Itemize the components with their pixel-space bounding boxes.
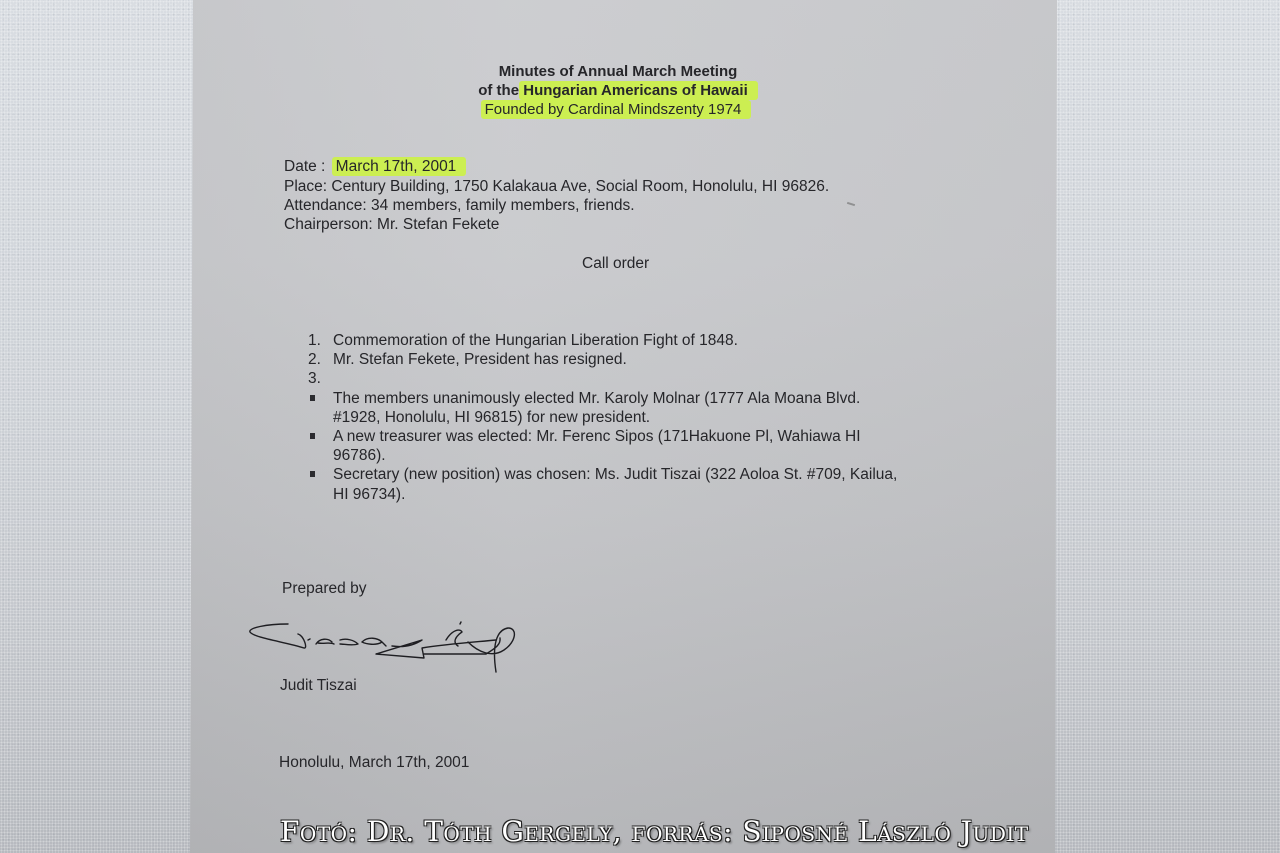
agenda-item: 1. Commemoration of the Hungarian Libera…: [308, 331, 897, 350]
document-title-line-2: of the Hungarian Americans of Hawaii: [0, 82, 1236, 99]
date-label: Date :: [284, 158, 325, 175]
bullet-item: A new treasurer was elected: Mr. Ferenc …: [308, 427, 897, 465]
item-number: 1.: [308, 331, 333, 350]
place-line: Place: Century Building, 1750 Kalakaua A…: [284, 178, 829, 196]
square-bullet-icon: [308, 427, 333, 465]
document-title: Minutes of Annual March Meeting: [0, 63, 1236, 80]
agenda-item: 3.: [308, 369, 897, 388]
square-bullet-icon: [308, 389, 333, 427]
chairperson-line: Chairperson: Mr. Stefan Fekete: [284, 216, 499, 234]
square-bullet-icon: [308, 465, 333, 503]
item-text: Commemoration of the Hungarian Liberatio…: [333, 331, 738, 350]
item-number: 3.: [308, 369, 333, 388]
bullet-text: The members unanimously elected Mr. Karo…: [333, 389, 860, 427]
signature-image: [246, 618, 526, 680]
highlighted-founding: Founded by Cardinal Mindszenty 1974: [481, 100, 752, 119]
agenda-item: 2. Mr. Stefan Fekete, President has resi…: [308, 350, 897, 369]
photo-credit-watermark: Fotó: Dr. Tóth Gergely, forrás: Siposné …: [280, 815, 1029, 848]
bullet-text: A new treasurer was elected: Mr. Ferenc …: [333, 427, 861, 465]
prepared-by-label: Prepared by: [282, 580, 366, 598]
place-and-date: Honolulu, March 17th, 2001: [279, 754, 469, 772]
date-value: March 17th, 2001: [332, 157, 467, 176]
item-number: 2.: [308, 350, 333, 369]
signer-name: Judit Tiszai: [280, 677, 357, 695]
bullet-item: The members unanimously elected Mr. Karo…: [308, 389, 897, 427]
highlighted-org-name: Hungarian Americans of Hawaii: [519, 81, 758, 100]
item-text: Mr. Stefan Fekete, President has resigne…: [333, 350, 627, 369]
bullet-text: Secretary (new position) was chosen: Ms.…: [333, 465, 897, 503]
title-line-1: Minutes of Annual March Meeting: [499, 63, 738, 80]
title-prefix: of the: [478, 82, 523, 99]
document-subtitle: Founded by Cardinal Mindszenty 1974: [0, 101, 1236, 118]
bullet-item: Secretary (new position) was chosen: Ms.…: [308, 465, 897, 503]
attendance-line: Attendance: 34 members, family members, …: [284, 197, 635, 215]
agenda-list: 1. Commemoration of the Hungarian Libera…: [308, 331, 897, 504]
date-line: Date : March 17th, 2001: [284, 158, 466, 176]
section-title: Call order: [582, 255, 649, 273]
